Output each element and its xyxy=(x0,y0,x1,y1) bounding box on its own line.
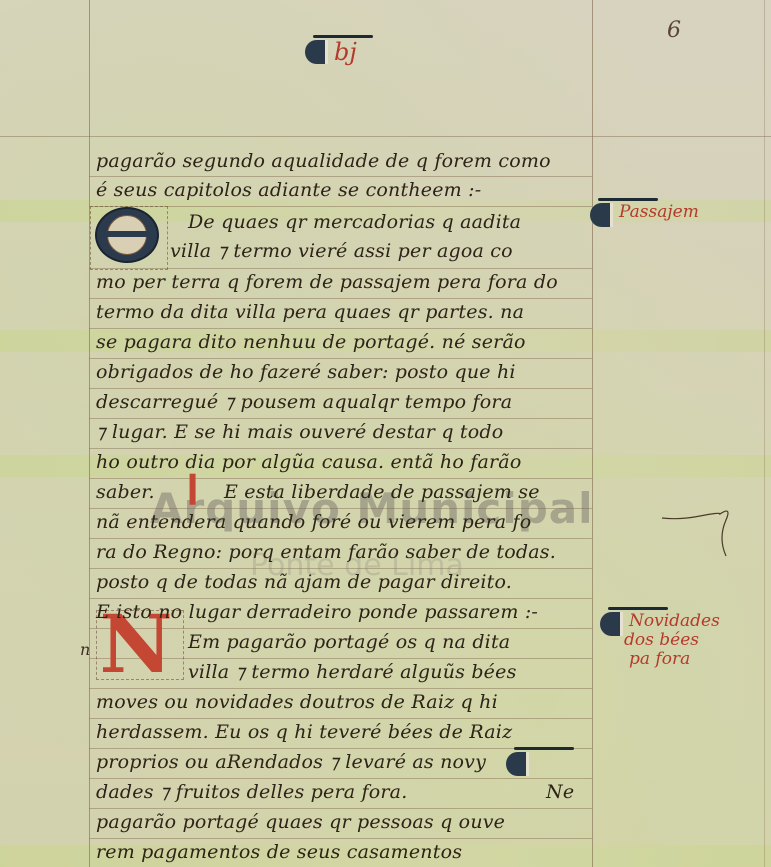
pilcrow-icon xyxy=(590,203,613,227)
red-paragraph-mark: ❙ xyxy=(180,470,205,505)
decorated-initial-e xyxy=(95,207,159,263)
text-line: descarregué ⁊ pousem aqualqr tempo fora xyxy=(96,391,512,413)
margin-note-line: pa fora xyxy=(629,650,720,669)
text-line: dades ⁊ fruitos delles pera fora. xyxy=(96,781,407,803)
line-rule xyxy=(89,328,592,329)
chapter-number: bj xyxy=(334,38,357,66)
text-line: se pagara dito nenhuu de portagé. né ser… xyxy=(96,331,526,353)
margin-rule-right xyxy=(592,0,593,867)
line-rule xyxy=(89,778,592,779)
text-line: obrigados de ho fazeré saber: posto que … xyxy=(96,361,516,383)
text-line: termo da dita villa pera quaes qr partes… xyxy=(96,301,524,323)
line-rule xyxy=(89,418,592,419)
text-line: E esta liberdade de passajem se xyxy=(224,481,540,503)
pilcrow-icon xyxy=(305,40,328,64)
pilcrow-icon xyxy=(506,752,529,776)
text-line: villa ⁊ termo vieré assi per agoa co xyxy=(170,240,513,262)
line-rule xyxy=(89,388,592,389)
line-rule xyxy=(89,808,592,809)
text-line: villa ⁊ termo herdaré alguũs bées xyxy=(188,661,517,683)
text-line: pagarão segundo aqualidade de q forem co… xyxy=(96,150,551,172)
line-rule xyxy=(89,176,592,177)
text-line: nã entendera quando foré ou vierem pera … xyxy=(96,511,531,533)
line-rule xyxy=(89,358,592,359)
text-line: saber. xyxy=(96,481,155,503)
line-rule xyxy=(89,478,592,479)
top-rule xyxy=(0,136,771,137)
folio-number: 6 xyxy=(667,18,681,43)
text-line: E isto no lugar derradeiro ponde passare… xyxy=(96,601,538,623)
text-line: ra do Regno: porq entam farão saber de t… xyxy=(96,541,556,563)
line-rule xyxy=(89,718,592,719)
initial-bar xyxy=(105,231,149,237)
line-rule xyxy=(89,838,592,839)
text-line: moves ou novidades doutros de Raiz q hi xyxy=(96,691,498,713)
margin-rule-left xyxy=(89,0,90,867)
pilcrow-icon xyxy=(600,612,623,636)
page-edge-rule xyxy=(764,0,765,867)
line-rule xyxy=(89,298,592,299)
text-line: ⁊ lugar. E se hi mais ouveré destar q to… xyxy=(96,421,503,443)
text-line: mo per terra q forem de passajem pera fo… xyxy=(96,271,558,293)
margin-note-text: Passajem xyxy=(619,203,699,222)
text-line: De quaes qr mercadorias q aadita xyxy=(188,211,521,233)
text-line: posto q de todas nã ajam de pagar direit… xyxy=(96,571,512,593)
text-line: pagarão portagé quaes qr pessoas q ouve xyxy=(96,811,505,833)
margin-note-passajem: Passajem xyxy=(590,203,699,227)
margin-note-novidades: Novidades dos bées pa fora xyxy=(600,612,720,669)
line-rule xyxy=(89,538,592,539)
text-line: proprios ou aRendados ⁊ levaré as novy xyxy=(96,751,486,773)
text-line: Em pagarão portagé os q na dita xyxy=(188,631,510,653)
text-line: é seus capitolos adiante se contheem :- xyxy=(96,179,481,201)
manuscript-page: 6 bj Arquivo Municipal Ponte de Lima ❙ N… xyxy=(0,0,771,867)
margin-mark-n: n xyxy=(80,640,90,659)
text-line: rem pagamentos de seus casamentos xyxy=(96,841,462,863)
chapter-heading: bj xyxy=(305,38,357,66)
text-line: Ne xyxy=(546,781,574,803)
margin-note-line: dos bées xyxy=(624,631,720,650)
line-rule xyxy=(89,448,592,449)
margin-note-line: Novidades xyxy=(629,612,720,631)
text-line: herdassem. Eu os q hi teveré bées de Rai… xyxy=(96,721,512,743)
text-line: ho outro dia por algũa causa. entã ho fa… xyxy=(96,451,521,473)
margin-scribble xyxy=(660,498,740,558)
